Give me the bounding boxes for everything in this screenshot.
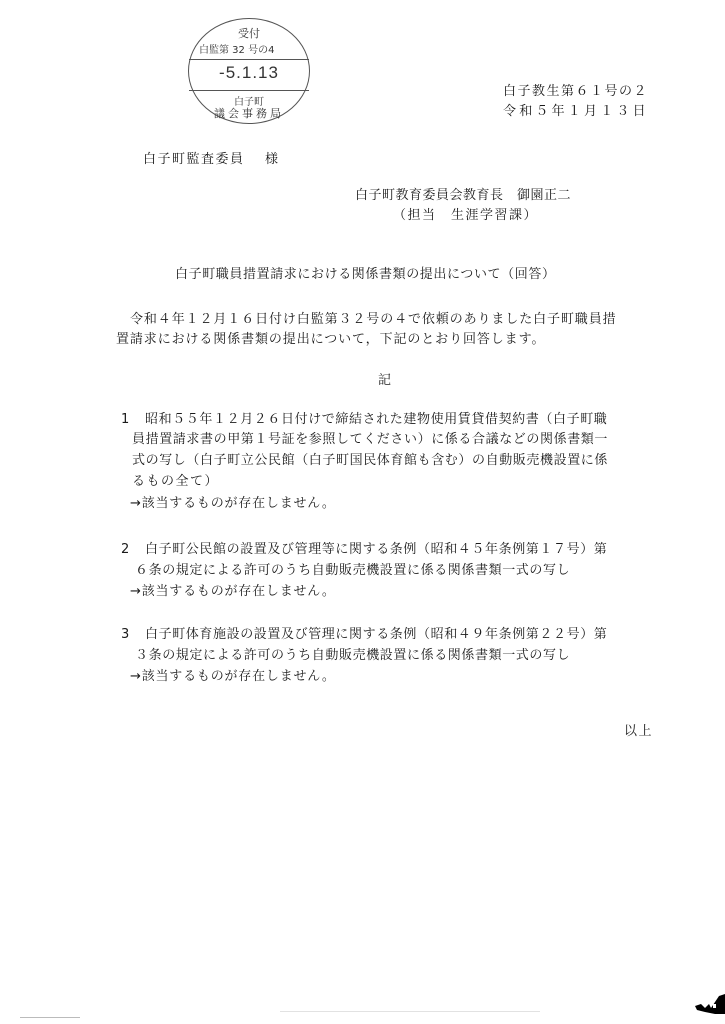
item-1-line-3: 式の写し（白子町立公民館（白子町国民体育館も含む）の自動販売機設置に係 xyxy=(132,453,608,469)
sender-contact: （担当 生涯学習課） xyxy=(393,208,538,224)
item-2-answer: →該当するものが存在しません。 xyxy=(130,584,336,600)
item-1-number: 1 xyxy=(121,412,131,428)
stamp-number: 白監第 32 号の4 xyxy=(199,41,305,56)
item-3-line-2: ３条の規定による許可のうち自動販売機設置に係る関係書類一式の写し xyxy=(135,648,570,664)
item-1-answer: →該当するものが存在しません。 xyxy=(130,496,336,512)
stamp-date: -5.1.13 xyxy=(189,63,309,83)
closing-mark: 以上 xyxy=(624,724,653,740)
scan-artifact-line xyxy=(20,1017,80,1018)
item-1-line-2: 員措置請求書の甲第１号証を参照してください）に係る合議などの関係書類一 xyxy=(132,432,608,448)
reception-stamp: 受付 白監第 32 号の4 -5.1.13 白子町 議会事務局 xyxy=(188,18,310,124)
ink-blot-icon xyxy=(693,994,725,1016)
sender-title: 白子町教育委員会教育長 御園正二 xyxy=(355,188,571,204)
addressee-name: 白子町監査委員 xyxy=(143,152,245,168)
stamp-office: 議会事務局 xyxy=(189,105,309,121)
item-3-answer: →該当するものが存在しません。 xyxy=(130,669,336,685)
addressee-honorific: 様 xyxy=(265,152,280,168)
item-1-line-4: るもの全て） xyxy=(132,474,219,490)
document-number: 白子教生第６１号の２ xyxy=(503,84,648,100)
body-line-1: 令和４年１２月１６日付け白監第３２号の４で依頼のありました白子町職員措 xyxy=(130,312,617,328)
item-2-line-1: 白子町公民館の設置及び管理等に関する条例（昭和４５年条例第１７号）第 xyxy=(145,542,607,558)
ki-heading: 記 xyxy=(378,373,393,389)
stamp-label: 受付 xyxy=(189,25,309,41)
item-2-line-2: ６条の規定による許可のうち自動販売機設置に係る関係書類一式の写し xyxy=(135,563,570,579)
subject-title: 白子町職員措置請求における関係書類の提出について（回答） xyxy=(175,267,556,283)
scan-artifact-line xyxy=(280,1011,540,1012)
item-2-number: 2 xyxy=(121,542,131,558)
body-line-2: 置請求における関係書類の提出について，下記のとおり回答します。 xyxy=(116,332,545,348)
document-date: 令和５年１月１３日 xyxy=(503,104,649,120)
item-3-line-1: 白子町体育施設の設置及び管理に関する条例（昭和４９年条例第２２号）第 xyxy=(145,627,607,643)
item-3-number: 3 xyxy=(121,627,131,643)
item-1-line-1: 昭和５５年１２月２６日付けで締結された建物使用賃貸借契約書（白子町職 xyxy=(145,412,607,428)
